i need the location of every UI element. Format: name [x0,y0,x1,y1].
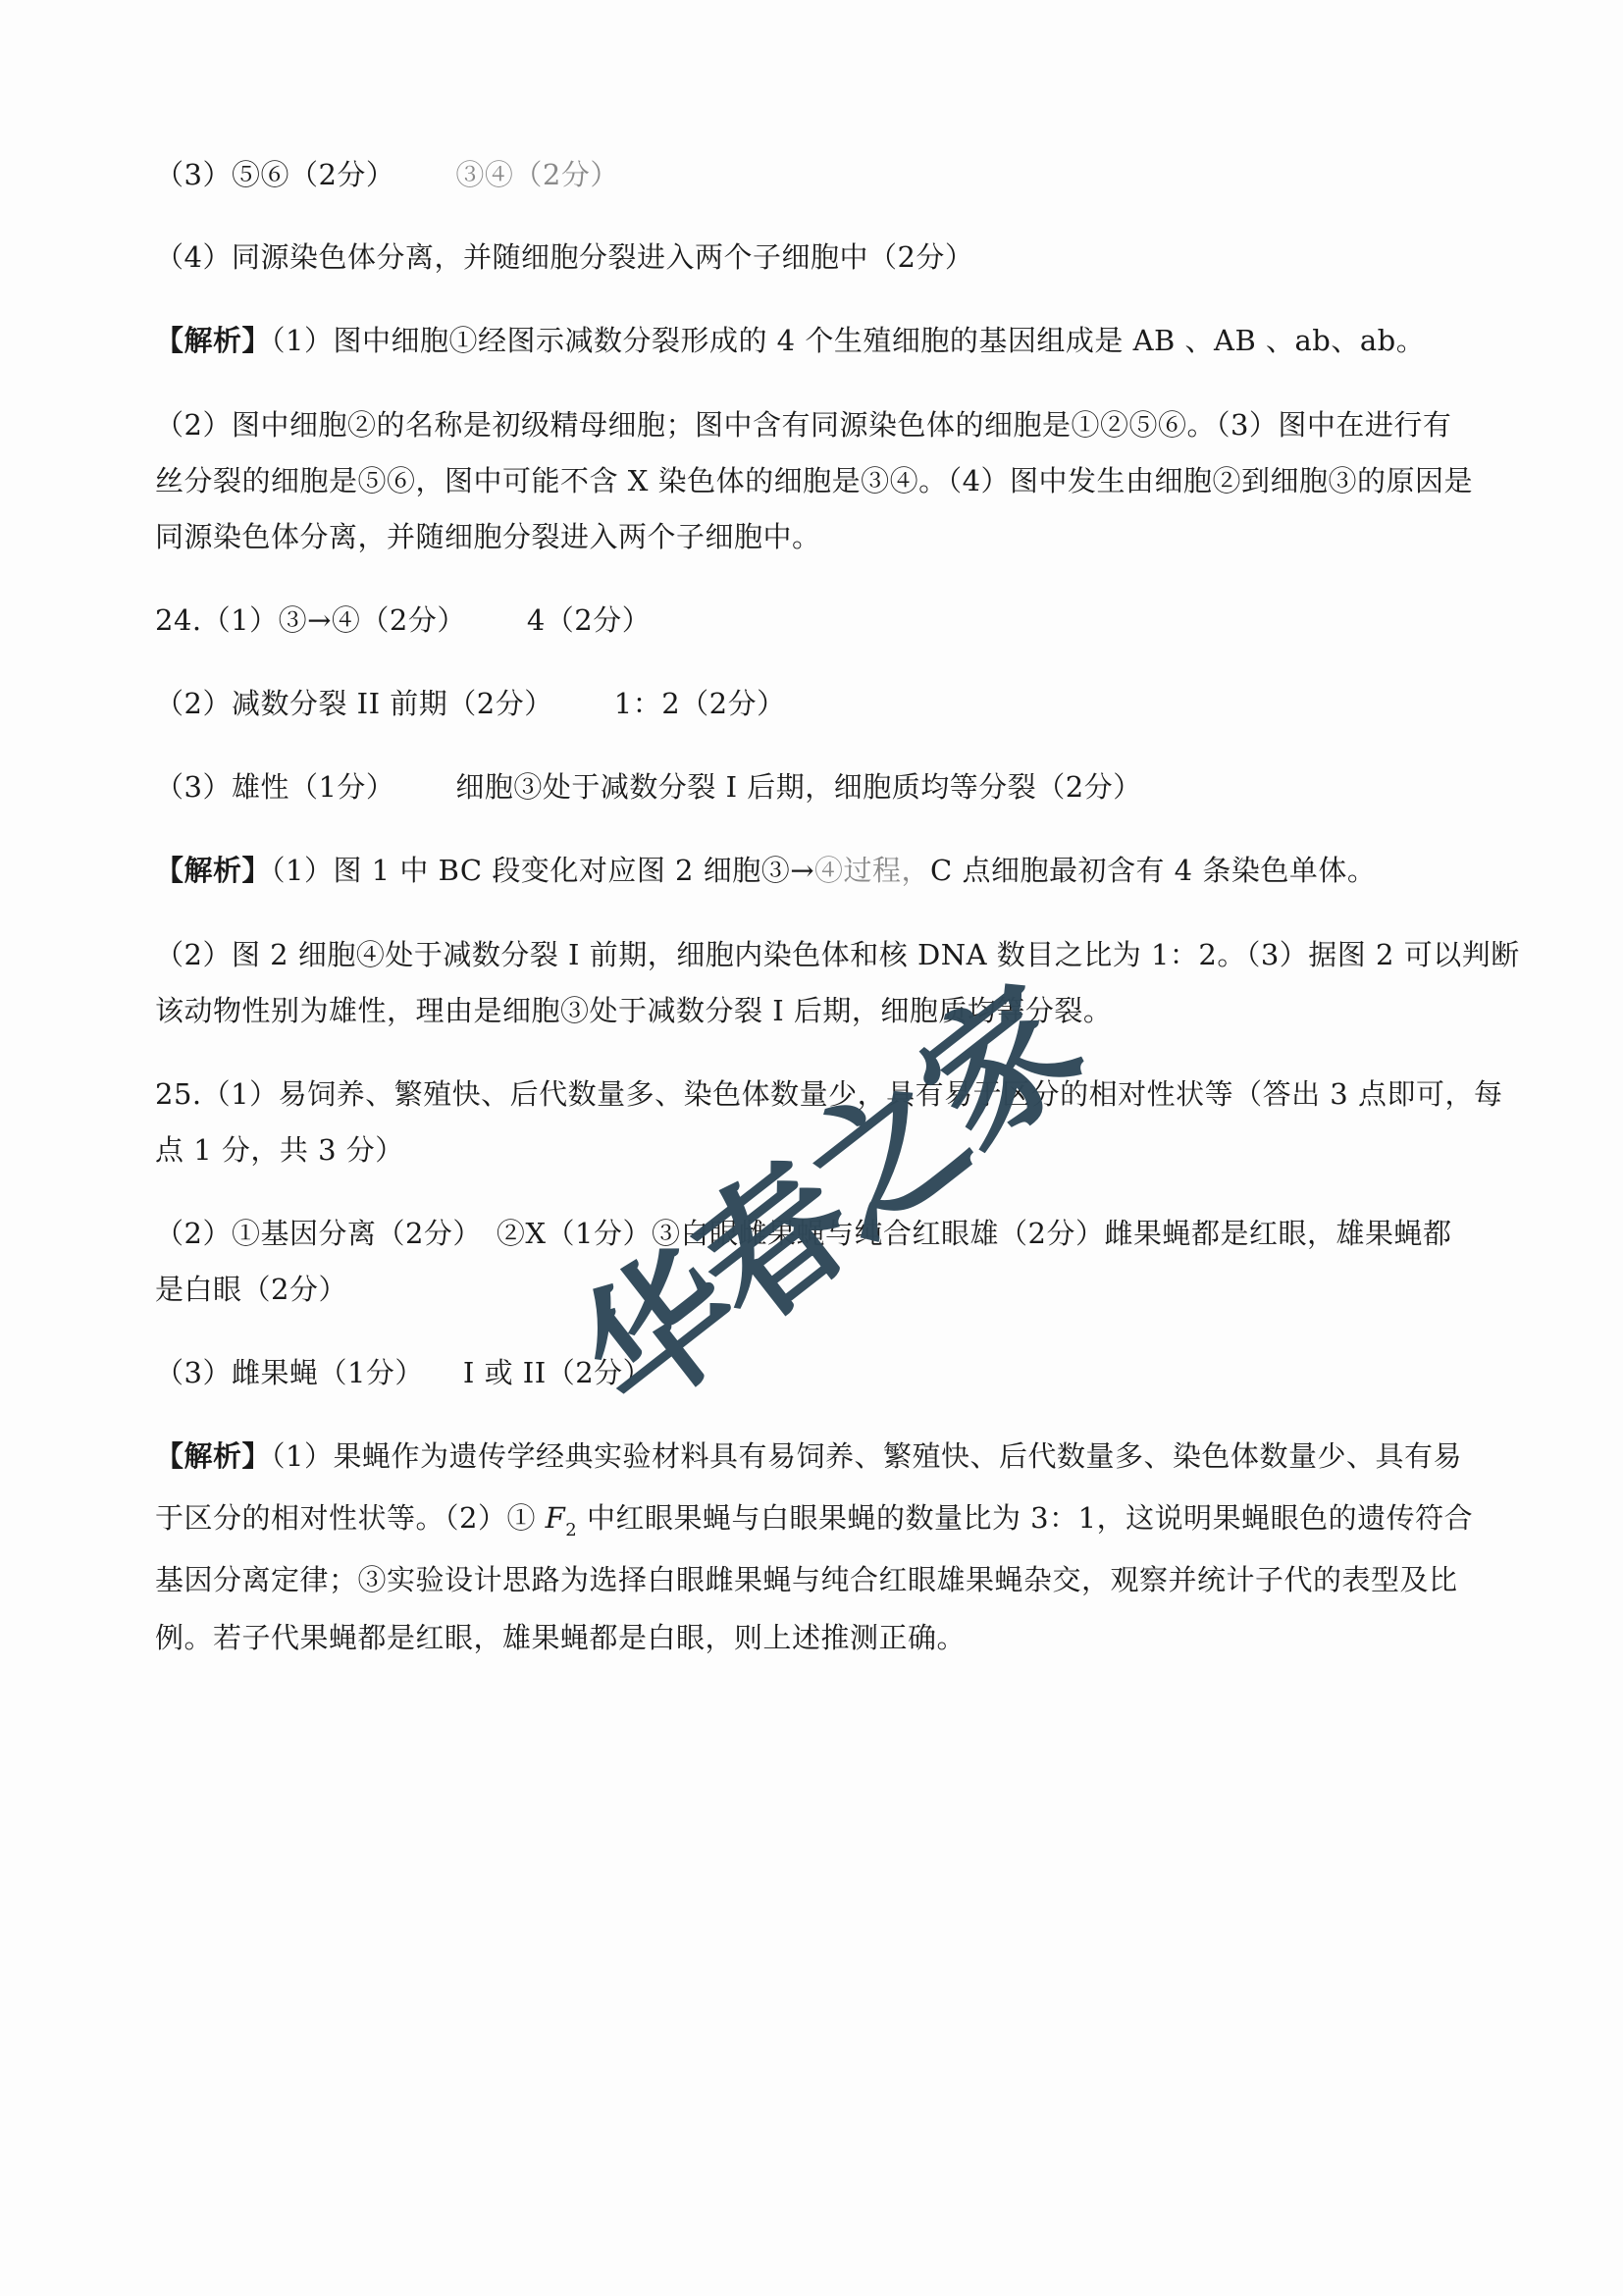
q23-analysis-1: 【解析】（1）图中细胞①经图示减数分裂形成的 4 个生殖细胞的基因组成是 AB … [155,321,1425,360]
q25-analysis-line2: 于区分的相对性状等。（2）① F2 中红眼果蝇与白眼果蝇的数量比为 3：1，这说… [155,1498,1473,1550]
q24-analysis-2-line1: （2）图 2 细胞④处于减数分裂 I 前期，细胞内染色体和核 DNA 数目之比为… [155,935,1520,974]
q24-answer-2: （2）减数分裂 II 前期（2分）1：2（2分） [155,684,786,723]
q25-analysis-line3: 基因分离定律；③实验设计思路为选择白眼雌果蝇与纯合红眼雄果蝇杂交，观察并统计子代… [155,1560,1458,1599]
q25-analysis-line4: 例。若子代果蝇都是红眼，雄果蝇都是白眼，则上述推测正确。 [155,1618,966,1657]
q25-answer-3: （3）雌果蝇（1分）I 或 II（2分） [155,1353,652,1392]
q25-answer-1-line2: 点 1 分，共 3 分） [155,1130,404,1170]
q23-answer-3: （3）⑤⑥（2分）③④（2分） [155,155,619,194]
q24-analysis-1: 【解析】（1）图 1 中 BC 段变化对应图 2 细胞③→④过程，C 点细胞最初… [155,851,1376,890]
answer-sheet-page: （3）⑤⑥（2分）③④（2分） （4）同源染色体分离，并随细胞分裂进入两个子细胞… [0,0,1623,2296]
q24-answer-1: 24.（1）③→④（2分）4（2分） [155,600,651,640]
q25-answer-1-line1: 25.（1）易饲养、繁殖快、后代数量多、染色体数量少，具有易于区分的相对性状等（… [155,1074,1502,1114]
q25-answer-2-line2: 是白眼（2分） [155,1270,347,1309]
q24-analysis-2-line2: 该动物性别为雄性，理由是细胞③处于减数分裂 I 后期，细胞质均等分裂。 [155,991,1112,1030]
analysis-label: 【解析】 [155,854,271,887]
q23-answer-3b: ③④（2分） [455,158,618,191]
q23-answer-3a: （3）⑤⑥（2分） [155,158,394,191]
q25-answer-2-line1: （2）①基因分离（2分） ②X（1分）③白眼雌果蝇与纯合红眼雄（2分）雌果蝇都是… [155,1214,1451,1253]
q23-analysis-2-line2: 丝分裂的细胞是⑤⑥，图中可能不含 X 染色体的细胞是③④。（4）图中发生由细胞②… [155,461,1473,500]
q24-answer-3: （3）雄性（1分）细胞③处于减数分裂 I 后期，细胞质均等分裂（2分） [155,767,1142,807]
analysis-label: 【解析】 [155,1439,271,1473]
q25-analysis-line1: 【解析】（1）果蝇作为遗传学经典实验材料具有易饲养、繁殖快、后代数量多、染色体数… [155,1436,1462,1476]
q23-analysis-2-line3: 同源染色体分离，并随细胞分裂进入两个子细胞中。 [155,517,821,556]
analysis-label: 【解析】 [155,324,271,357]
q23-analysis-2-line1: （2）图中细胞②的名称是初级精母细胞；图中含有同源染色体的细胞是①②⑤⑥。（3）… [155,405,1451,444]
watermark: 华春之家 [496,917,1182,1379]
q23-answer-4: （4）同源染色体分离，并随细胞分裂进入两个子细胞中（2分） [155,237,973,277]
